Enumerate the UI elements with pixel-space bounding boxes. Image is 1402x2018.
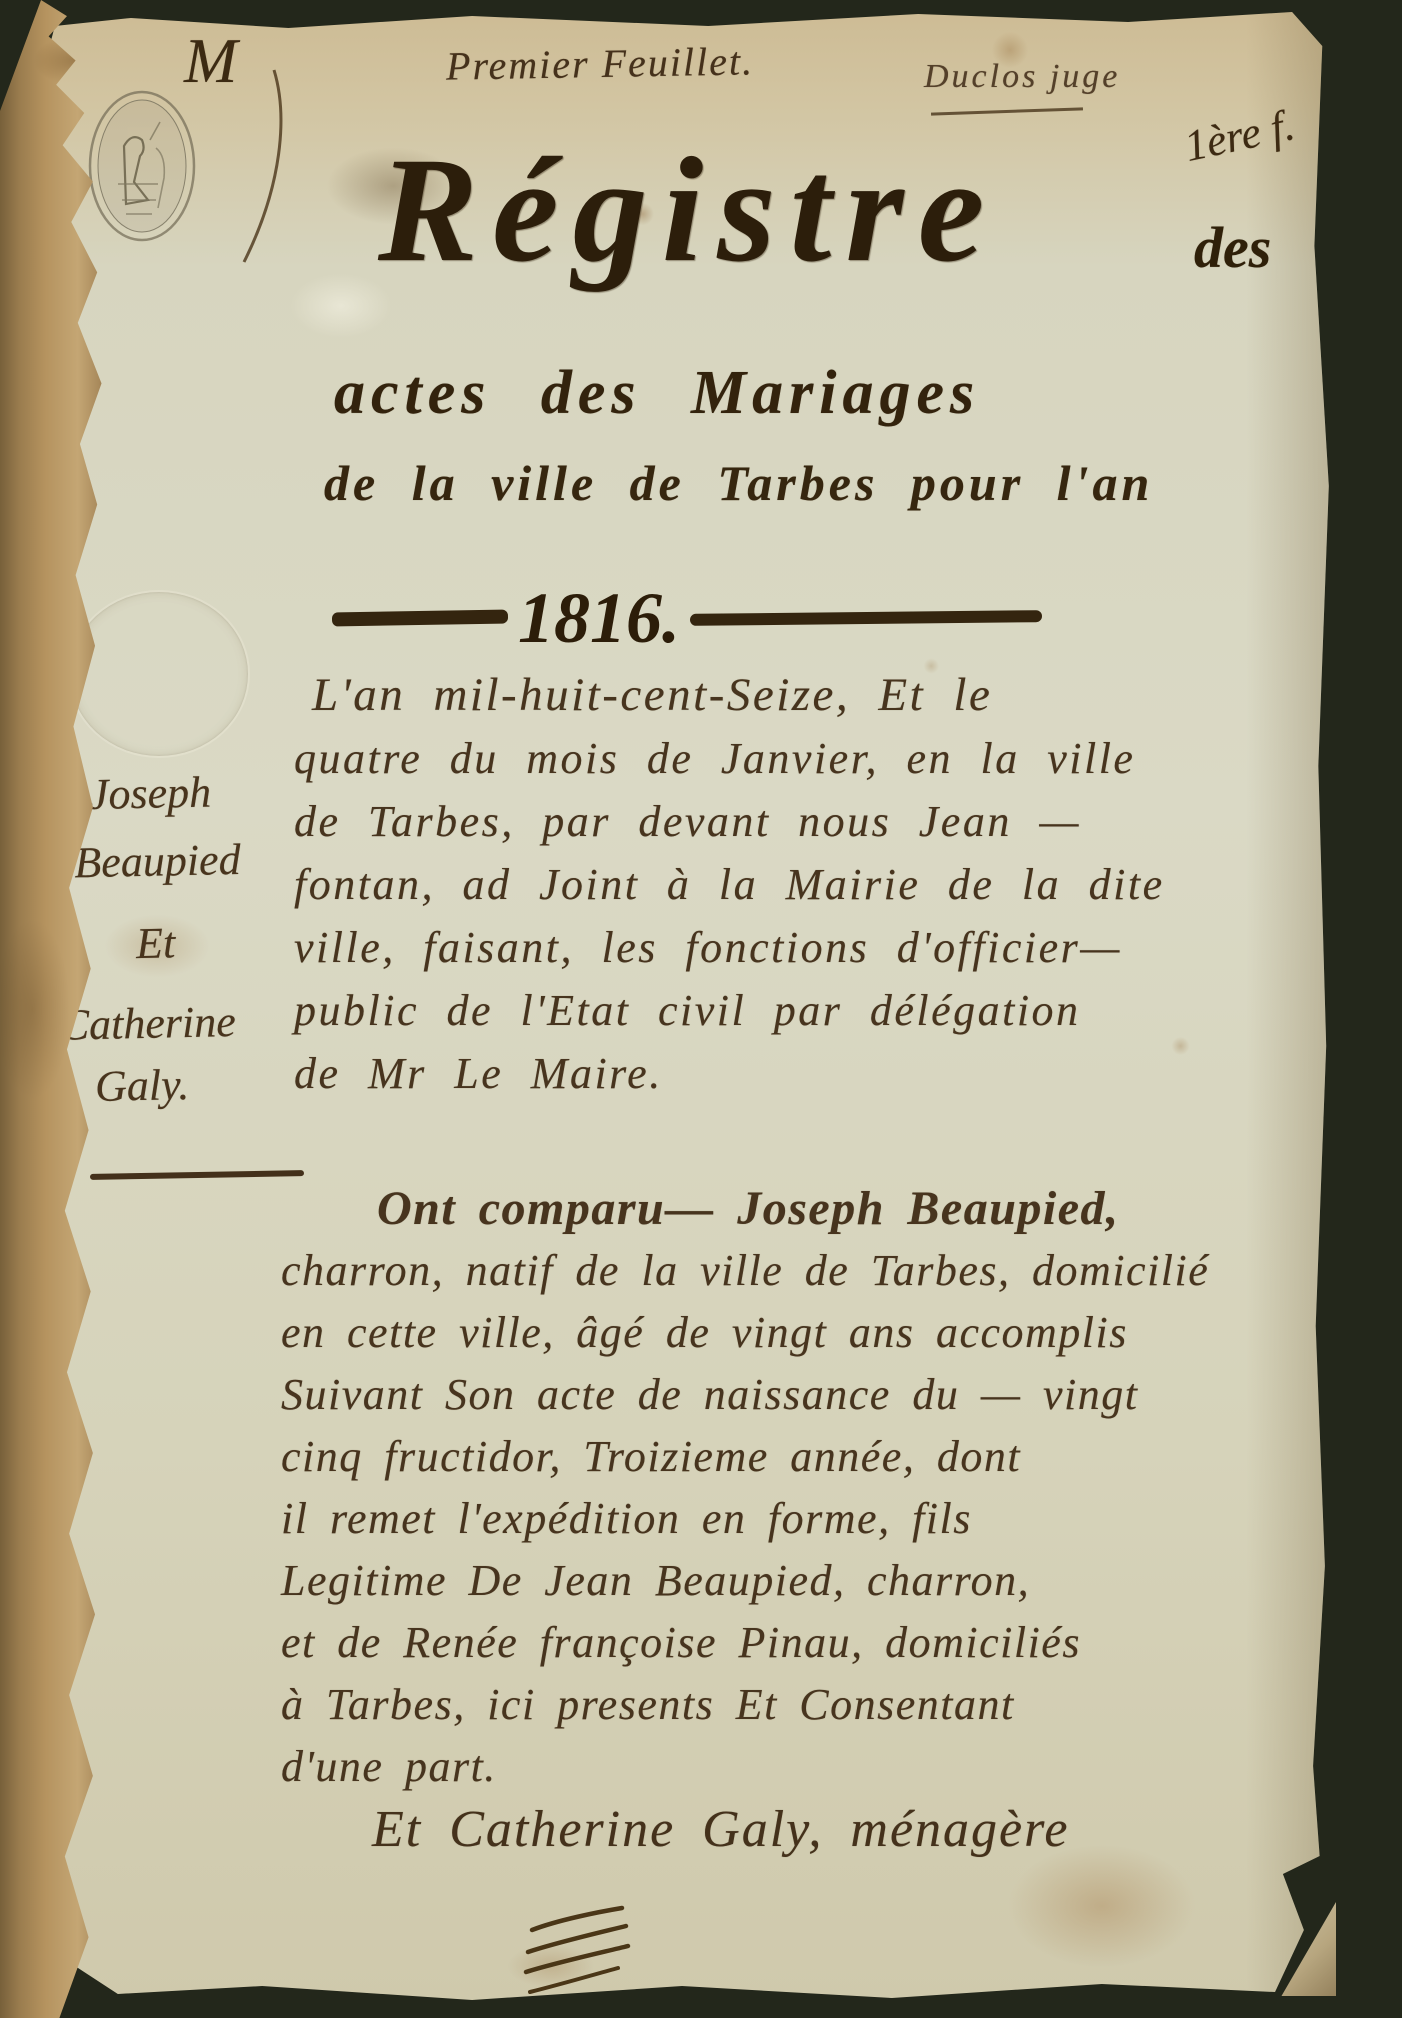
margin-note-line: Beaupied: [74, 830, 297, 893]
manuscript-line: de Tarbes, par devant nous Jean —: [294, 790, 1165, 853]
manuscript-line: il remet l'expédition en forme, fils: [281, 1488, 1209, 1550]
closing-hatch-flourish: [518, 1900, 642, 2000]
manuscript-line: à Tarbes, ici presents Et Consentant: [281, 1674, 1209, 1736]
manuscript-line: Ont comparu— Joseph Beaupied,: [281, 1178, 1209, 1240]
title-word-registre: Régistre: [378, 124, 998, 296]
manuscript-line: public de l'Etat civil par délégation: [294, 979, 1165, 1042]
header-note-signature: Duclos juge: [924, 58, 1120, 96]
manuscript-line: Suivant Son acte de naissance du — vingt: [281, 1364, 1209, 1426]
title-line-ville-de-tarbes: de la ville de Tarbes pour l'an: [324, 454, 1153, 512]
manuscript-line: quatre du mois de Janvier, en la ville: [294, 727, 1165, 790]
manuscript-line: charron, natif de la ville de Tarbes, do…: [281, 1240, 1209, 1302]
manuscript-line: et de Renée françoise Pinau, domiciliés: [281, 1612, 1209, 1674]
manuscript-line: cinq fructidor, Troizieme année, dont: [281, 1426, 1209, 1488]
manuscript-line: de Mr Le Maire.: [294, 1042, 1165, 1105]
manuscript-line: ville, faisant, les fonctions d'officier…: [294, 916, 1165, 979]
margin-note-line: Joseph: [88, 762, 295, 824]
act-opening-paragraph: L'an mil-huit-cent-Seize, Et le quatre d…: [294, 664, 1165, 1105]
closing-line-catherine-galy: Et Catherine Galy, ménagère: [372, 1800, 1070, 1859]
margin-note-spouses: Joseph Beaupied Et Catherine Galy.: [74, 762, 301, 1117]
act-comparution-paragraph: Ont comparu— Joseph Beaupied, charron, n…: [281, 1178, 1209, 1798]
year-rule-right: [690, 610, 1042, 626]
scanned-register-page-viewer: { "colors": { "ink": "#45311b", "title_i…: [0, 0, 1402, 2018]
manuscript-line: L'an mil-huit-cent-Seize, Et le: [294, 664, 1165, 727]
year-row: 1816.: [332, 582, 1042, 654]
manuscript-line: fontan, ad Joint à la Mairie de la dite: [294, 853, 1165, 916]
corner-folio-note: 1ère f.: [1180, 99, 1299, 172]
signature-underline: [931, 107, 1083, 115]
pen-flourish-curve: [222, 66, 292, 266]
embossed-timbre-stamp-icon: [68, 590, 250, 758]
manuscript-page: M Premier Feuillet. Duclos juge 1ère f. …: [26, 6, 1338, 2006]
manuscript-line: Legitime De Jean Beaupied, charron,: [281, 1550, 1209, 1612]
year-rule-left: [332, 609, 508, 626]
margin-note-line: Et: [135, 912, 298, 973]
title-word-des: des: [1194, 214, 1271, 281]
header-note-premier-feuillet: Premier Feuillet.: [446, 37, 755, 89]
title-year: 1816.: [518, 582, 680, 654]
margin-note-line: Catherine: [59, 992, 300, 1055]
manuscript-line: en cette ville, âgé de vingt ans accompl…: [281, 1302, 1209, 1364]
manuscript-line: d'une part.: [281, 1736, 1209, 1798]
margin-note-rule: [90, 1170, 304, 1180]
margin-note-line: Galy.: [94, 1054, 301, 1116]
engraved-revenue-stamp-icon: [84, 88, 196, 250]
title-line-actes-des-mariages: actes des Mariages: [334, 358, 980, 429]
